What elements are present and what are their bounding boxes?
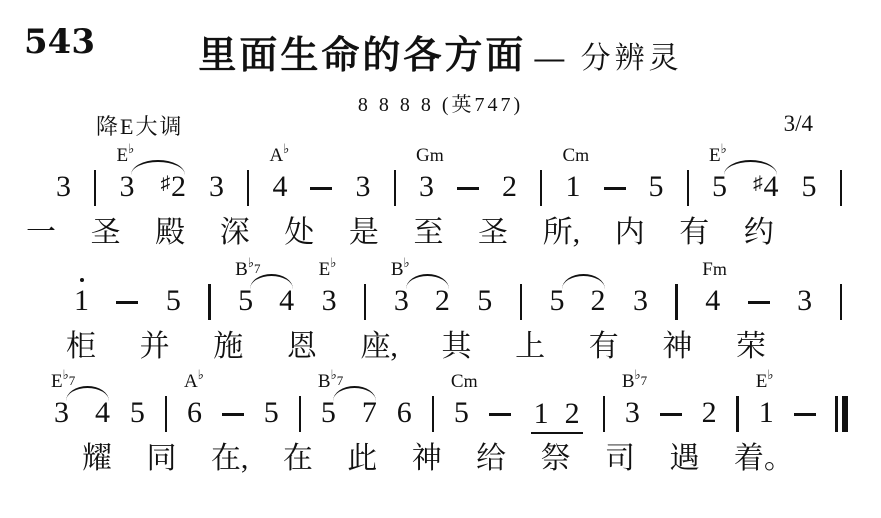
barline	[364, 284, 366, 320]
chord-label: E♭7	[51, 368, 75, 391]
lyric-line-3: 耀同在,在此神给祭司遇着。	[82, 442, 794, 477]
note: B♭75	[238, 286, 253, 316]
lyric-syllable: 遇	[669, 442, 699, 477]
note: Fm4	[705, 286, 720, 316]
duration-dash	[489, 413, 511, 416]
note: 5	[802, 172, 817, 202]
lyric-syllable: 圣	[478, 216, 508, 251]
lyric-syllable: 恩	[287, 330, 317, 365]
slur-group: E♭734	[54, 398, 110, 428]
note: 3	[356, 172, 371, 202]
note: 5	[649, 172, 664, 202]
note: 2	[565, 399, 580, 429]
barline	[247, 170, 249, 206]
lyric-syllable: 其	[442, 330, 472, 365]
duration-dash	[457, 187, 479, 190]
chord-root: E	[709, 145, 721, 166]
chord-label: Fm	[702, 260, 727, 279]
hymn-subtitle: — 分辨灵	[534, 42, 682, 75]
key-signature: 降E大调	[96, 110, 183, 141]
duration-dash	[794, 413, 816, 416]
chord-root: B	[391, 259, 404, 280]
final-barline	[835, 396, 847, 432]
chord-label: A♭	[269, 142, 289, 165]
chord-suffix: m	[575, 145, 589, 165]
note: A♭4	[272, 172, 287, 202]
lyric-syllable: 着。	[734, 442, 794, 477]
chord-label: B♭7	[318, 368, 343, 391]
chord-root: A	[269, 145, 283, 166]
note: 2	[591, 286, 606, 316]
hymn-sheet-page: 543 里面生命的各方面— 分辨灵 8 8 8 8 (英747) 降E大调 3/…	[0, 0, 881, 518]
chord-root: B	[235, 259, 248, 280]
slur-group: E♭5♯4	[712, 172, 779, 202]
note: 2	[435, 286, 450, 316]
final-barline-thick	[842, 396, 848, 432]
barline	[687, 170, 689, 206]
note: Cm5	[454, 398, 469, 428]
chord-suffix: m	[430, 145, 444, 165]
lyric-syllable: 耀	[82, 442, 112, 477]
slur-group: E♭3♯2	[119, 172, 186, 202]
chord-root: E	[756, 371, 768, 392]
note: E♭1	[759, 398, 774, 428]
hymn-title: 里面生命的各方面	[198, 35, 526, 77]
note: A♭6	[187, 398, 202, 428]
note: ♯2	[160, 172, 186, 202]
lyric-syllable: 所,	[543, 216, 581, 251]
chord-root: E	[51, 371, 63, 392]
barline	[736, 396, 738, 432]
lyric-syllable: 至	[413, 216, 443, 251]
lyric-syllable: 深	[220, 216, 250, 251]
time-signature: 3/4	[784, 111, 813, 137]
chord-suffix: 7	[254, 261, 261, 276]
final-barline-thin	[835, 396, 837, 432]
flat-icon: ♭	[767, 367, 773, 382]
lyric-syllable: 上	[515, 330, 545, 365]
lyric-line-1: 一圣殿深处是至圣所,内有约	[26, 216, 774, 251]
flat-icon: ♭	[283, 141, 289, 156]
lyric-syllable: 内	[615, 216, 645, 251]
duration-dash	[222, 413, 244, 416]
lyric-syllable: 并	[140, 330, 170, 365]
note: 5	[130, 398, 145, 428]
chord-root: C	[562, 145, 575, 166]
lyric-syllable: 有	[679, 216, 709, 251]
note: E♭5	[712, 172, 727, 202]
lyric-syllable: 是	[349, 216, 379, 251]
chord-root: B	[318, 371, 331, 392]
note: 3	[797, 286, 812, 316]
note: B♭75	[321, 398, 336, 428]
note: 7	[362, 398, 377, 428]
lyric-line-2: 柜并施恩座,其上有神荣	[66, 330, 766, 365]
chord-label: B♭7	[622, 368, 647, 391]
barline	[299, 396, 301, 432]
note: 1	[534, 399, 549, 429]
note: 3	[56, 172, 71, 202]
lyric-syllable: 荣	[736, 330, 766, 365]
chord-label: E♭	[709, 142, 727, 165]
note: 5	[264, 398, 279, 428]
flat-icon: ♭	[721, 141, 727, 156]
lyric-syllable: 同	[146, 442, 176, 477]
lyric-syllable: 处	[284, 216, 314, 251]
music-line-3: E♭7345A♭65B♭7576Cm512B♭732E♭1	[54, 370, 848, 428]
note: 1	[74, 286, 89, 316]
chord-root: A	[184, 371, 198, 392]
lyric-syllable: 在	[283, 442, 313, 477]
lyric-syllable: 一	[26, 216, 56, 251]
slur-group: 52	[550, 286, 606, 316]
chord-root: F	[702, 259, 713, 280]
lyric-syllable: 殿	[155, 216, 185, 251]
lyric-syllable: 座,	[360, 330, 398, 365]
barline	[840, 284, 842, 320]
chord-suffix: 7	[69, 373, 76, 388]
chord-suffix: m	[713, 259, 727, 279]
barline	[94, 170, 96, 206]
chord-suffix: 7	[337, 373, 344, 388]
flat-icon: ♭	[330, 255, 336, 270]
note: 3	[633, 286, 648, 316]
lyric-syllable: 司	[605, 442, 635, 477]
chord-label: Cm	[451, 372, 478, 391]
lyric-syllable: 施	[213, 330, 243, 365]
barline	[603, 396, 605, 432]
chord-label: Cm	[562, 146, 589, 165]
note: Cm1	[565, 172, 580, 202]
lyric-syllable: 祭	[541, 442, 571, 477]
lyric-syllable: 柜	[66, 330, 96, 365]
barline	[432, 396, 434, 432]
duration-dash	[748, 301, 770, 304]
title-row: 里面生命的各方面— 分辨灵	[0, 24, 881, 79]
flat-icon: ♭	[404, 255, 410, 270]
chord-label: Gm	[416, 146, 444, 165]
lyric-syllable: 约	[744, 216, 774, 251]
lyric-syllable: 有	[589, 330, 619, 365]
note: 5	[166, 286, 181, 316]
lyric-syllable: 圣	[91, 216, 121, 251]
note: 5	[477, 286, 492, 316]
barline	[540, 170, 542, 206]
chord-label: E♭	[756, 368, 774, 391]
sharp-icon: ♯	[753, 173, 763, 194]
duration-dash	[310, 187, 332, 190]
sharp-icon: ♯	[160, 173, 170, 194]
music-line-2: 15B♭754E♭3B♭325523Fm43	[74, 258, 842, 316]
chord-label: B♭	[391, 256, 410, 279]
lyric-syllable: 神	[412, 442, 442, 477]
chord-suffix: m	[464, 371, 478, 391]
barline	[520, 284, 522, 320]
note: 2	[702, 398, 717, 428]
lyric-syllable: 给	[476, 442, 506, 477]
note: E♭3	[119, 172, 134, 202]
barline	[208, 284, 210, 320]
note: E♭3	[322, 286, 337, 316]
lyric-syllable: 在,	[211, 442, 249, 477]
note: 4	[95, 398, 110, 428]
slur-group: B♭32	[394, 286, 450, 316]
slur-group: B♭754	[238, 286, 294, 316]
chord-root: E	[116, 145, 128, 166]
note: ♯4	[753, 172, 779, 202]
chord-label: E♭	[319, 256, 337, 279]
note: 2	[502, 172, 517, 202]
chord-root: E	[319, 259, 331, 280]
chord-root: B	[622, 371, 635, 392]
note: Gm3	[419, 172, 434, 202]
slur-group: B♭757	[321, 398, 377, 428]
beamed-notes: 12	[531, 399, 583, 434]
duration-dash	[604, 187, 626, 190]
note: 3	[209, 172, 224, 202]
flat-icon: ♭	[128, 141, 134, 156]
lyric-syllable: 此	[347, 442, 377, 477]
chord-label: A♭	[184, 368, 204, 391]
barline	[165, 396, 167, 432]
note: 4	[279, 286, 294, 316]
duration-dash	[116, 301, 138, 304]
note: 6	[397, 398, 412, 428]
note: E♭73	[54, 398, 69, 428]
octave-dot-icon	[80, 278, 84, 282]
flat-icon: ♭	[198, 367, 204, 382]
music-line-1: 3E♭3♯23A♭43Gm32Cm15E♭5♯45	[56, 144, 842, 202]
note: B♭3	[394, 286, 409, 316]
barline	[675, 284, 677, 320]
chord-label: E♭	[116, 142, 134, 165]
lyric-syllable: 神	[662, 330, 692, 365]
chord-suffix: 7	[641, 373, 648, 388]
note: 5	[550, 286, 565, 316]
note: B♭73	[625, 398, 640, 428]
chord-root: G	[416, 145, 430, 166]
chord-root: C	[451, 371, 464, 392]
duration-dash	[660, 413, 682, 416]
barline	[840, 170, 842, 206]
barline	[394, 170, 396, 206]
chord-label: B♭7	[235, 256, 260, 279]
